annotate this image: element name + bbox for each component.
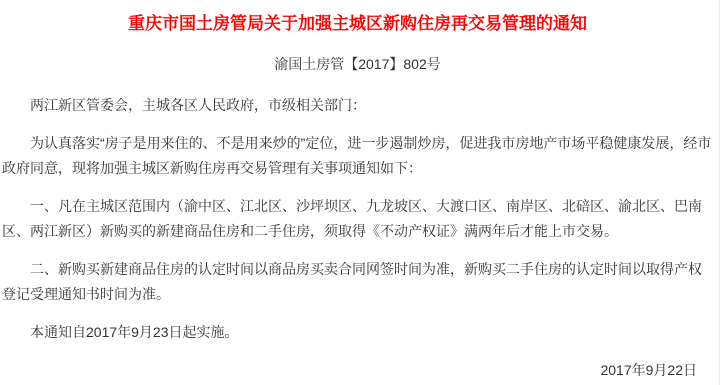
notice-page: 重庆市国土房管局关于加强主城区新购住房再交易管理的通知 渝国土房管【2017】8…	[0, 0, 720, 385]
document-title: 重庆市国土房管局关于加强主城区新购住房再交易管理的通知	[2, 14, 713, 34]
document-number: 渝国土房管【2017】802号	[2, 56, 713, 72]
paragraph-effective-date: 本通知自2017年9月23日起实施。	[2, 320, 713, 345]
paragraph-item-1: 一、凡在主城区范围内（渝中区、江北区、沙坪坝区、九龙坡区、大渡口区、南岸区、北碚…	[2, 194, 713, 244]
paragraph-salutation: 两江新区管委会，主城各区人民政府，市级相关部门：	[2, 93, 713, 118]
signature-date: 2017年9月22日	[2, 358, 713, 383]
paragraph-item-2: 二、新购买新建商品住房的认定时间以商品房买卖合同网签时间为准，新购买二手住房的认…	[2, 257, 713, 307]
paragraph-preamble: 为认真落实“房子是用来住的、不是用来炒的”定位，进一步遏制炒房，促进我市房地产市…	[2, 131, 713, 181]
notice-document: 重庆市国土房管局关于加强主城区新购住房再交易管理的通知 渝国土房管【2017】8…	[0, 0, 719, 383]
